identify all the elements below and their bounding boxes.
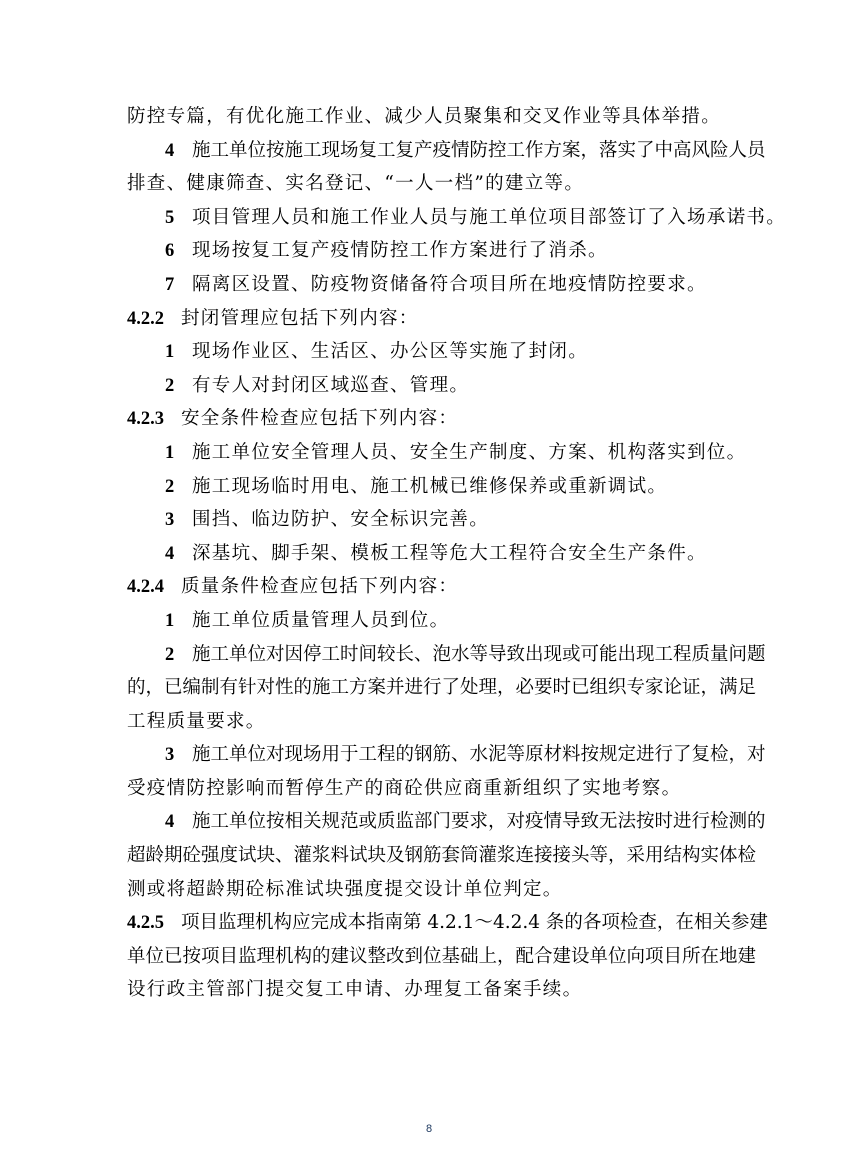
paragraph-continuation: 受疫情防控影响而暂停生产的商砼供应商重新组织了实地考察。 [127, 772, 725, 806]
list-item: 3施工单位对现场用于工程的钢筋、水泥等原材料按规定进行了复检，对 [127, 738, 725, 772]
paragraph-continuation: 工程质量要求。 [127, 705, 725, 739]
section-heading: 4.2.5项目监理机构应完成本指南第 4.2.1～4.2.4 条的各项检查，在相… [127, 906, 725, 940]
item-text: 现场作业区、生活区、办公区等实施了封闭。 [192, 341, 588, 362]
paragraph-continuation: 超龄期砼强度试块、灌浆料试块及钢筋套筒灌浆连接接头等，采用结构实体检 [127, 839, 725, 873]
list-item: 4施工单位按相关规范或质监部门要求，对疫情导致无法按时进行检测的 [127, 805, 725, 839]
line-text: 排查、健康筛查、实名登记、“一人一档”的建立等。 [127, 173, 584, 194]
item-number: 5 [165, 202, 192, 236]
item-text: 施工现场临时用电、施工机械已维修保养或重新调试。 [192, 476, 667, 497]
paragraph-continuation: 设行政主管部门提交复工申请、办理复工备案手续。 [127, 973, 725, 1007]
section-text: 安全条件检查应包括下列内容： [181, 408, 458, 429]
item-number: 1 [165, 605, 192, 639]
item-number: 4 [165, 538, 192, 572]
list-item: 1施工单位安全管理人员、安全生产制度、方案、机构落实到位。 [127, 436, 725, 470]
list-item: 1施工单位质量管理人员到位。 [127, 604, 725, 638]
list-item: 2施工单位对因停工时间较长、泡水等导致出现或可能出现工程质量问题 [127, 638, 725, 672]
item-text: 施工单位对因停工时间较长、泡水等导致出现或可能出现工程质量问题 [192, 644, 766, 665]
list-item: 4深基坑、脚手架、模板工程等危大工程符合安全生产条件。 [127, 537, 725, 571]
section-text: 项目监理机构应完成本指南第 4.2.1～4.2.4 条的各项检查，在相关参建 [181, 912, 768, 933]
item-text: 施工单位安全管理人员、安全生产制度、方案、机构落实到位。 [192, 442, 746, 463]
section-number: 4.2.3 [127, 403, 181, 437]
section-number: 4.2.4 [127, 571, 181, 605]
section-text: 质量条件检查应包括下列内容： [181, 576, 458, 597]
list-item: 2施工现场临时用电、施工机械已维修保养或重新调试。 [127, 470, 725, 504]
list-item: 4施工单位按施工现场复工复产疫情防控工作方案，落实了中高风险人员 [127, 134, 725, 168]
paragraph-continuation: 排查、健康筛查、实名登记、“一人一档”的建立等。 [127, 167, 725, 201]
line-text: 测或将超龄期砼标准试块强度提交设计单位判定。 [127, 879, 563, 900]
list-item: 5项目管理人员和施工作业人员与施工单位项目部签订了入场承诺书。 [127, 201, 725, 235]
line-text: 防控专篇，有优化施工作业、减少人员聚集和交叉作业等具体举措。 [127, 106, 721, 127]
paragraph-continuation: 测或将超龄期砼标准试块强度提交设计单位判定。 [127, 873, 725, 907]
item-number: 2 [165, 471, 192, 505]
item-text: 施工单位质量管理人员到位。 [192, 610, 449, 631]
item-text: 围挡、临边防护、安全标识完善。 [192, 509, 489, 530]
list-item: 1现场作业区、生活区、办公区等实施了封闭。 [127, 335, 725, 369]
item-text: 项目管理人员和施工作业人员与施工单位项目部签订了入场承诺书。 [192, 207, 786, 228]
paragraph-continuation: 单位已按项目监理机构的建议整改到位基础上，配合建设单位向项目所在地建 [127, 940, 725, 974]
item-text: 隔离区设置、防疫物资储备符合项目所在地疫情防控要求。 [192, 274, 707, 295]
item-text: 深基坑、脚手架、模板工程等危大工程符合安全生产条件。 [192, 543, 707, 564]
item-text: 施工单位对现场用于工程的钢筋、水泥等原材料按规定进行了复检，对 [192, 744, 766, 765]
item-number: 3 [165, 739, 192, 773]
item-number: 4 [165, 806, 192, 840]
line-text: 超龄期砼强度试块、灌浆料试块及钢筋套筒灌浆连接接头等，采用结构实体检 [127, 845, 756, 866]
item-number: 4 [165, 135, 192, 169]
item-number: 3 [165, 504, 192, 538]
paragraph-continuation: 的，已编制有针对性的施工方案并进行了处理，必要时已组织专家论证，满足 [127, 671, 725, 705]
line-text: 单位已按项目监理机构的建议整改到位基础上，配合建设单位向项目所在地建 [127, 946, 756, 967]
section-number: 4.2.2 [127, 303, 181, 337]
section-number: 4.2.5 [127, 907, 181, 941]
section-heading: 4.2.4质量条件检查应包括下列内容： [127, 570, 725, 604]
page-number: 8 [0, 1123, 858, 1135]
line-text: 受疫情防控影响而暂停生产的商砼供应商重新组织了实地考察。 [127, 778, 681, 799]
item-number: 2 [165, 639, 192, 673]
line-text: 工程质量要求。 [127, 711, 266, 732]
item-text: 现场按复工复产疫情防控工作方案进行了消杀。 [192, 240, 608, 261]
section-text: 封闭管理应包括下列内容： [181, 308, 419, 329]
list-item: 6现场按复工复产疫情防控工作方案进行了消杀。 [127, 234, 725, 268]
item-number: 2 [165, 370, 192, 404]
item-number: 1 [165, 437, 192, 471]
item-text: 有专人对封闭区域巡查、管理。 [192, 375, 469, 396]
item-number: 6 [165, 235, 192, 269]
item-number: 7 [165, 269, 192, 303]
section-heading: 4.2.2封闭管理应包括下列内容： [127, 302, 725, 336]
item-text: 施工单位按施工现场复工复产疫情防控工作方案，落实了中高风险人员 [192, 140, 766, 161]
list-item: 3围挡、临边防护、安全标识完善。 [127, 503, 725, 537]
line-text: 设行政主管部门提交复工申请、办理复工备案手续。 [127, 979, 582, 1000]
document-body: 防控专篇，有优化施工作业、减少人员聚集和交叉作业等具体举措。 4施工单位按施工现… [127, 100, 725, 1007]
item-text: 施工单位按相关规范或质监部门要求，对疫情导致无法按时进行检测的 [192, 811, 766, 832]
list-item: 2有专人对封闭区域巡查、管理。 [127, 369, 725, 403]
list-item: 7隔离区设置、防疫物资储备符合项目所在地疫情防控要求。 [127, 268, 725, 302]
section-heading: 4.2.3安全条件检查应包括下列内容： [127, 402, 725, 436]
paragraph-continuation: 防控专篇，有优化施工作业、减少人员聚集和交叉作业等具体举措。 [127, 100, 725, 134]
item-number: 1 [165, 336, 192, 370]
line-text: 的，已编制有针对性的施工方案并进行了处理，必要时已组织专家论证，满足 [127, 677, 756, 698]
